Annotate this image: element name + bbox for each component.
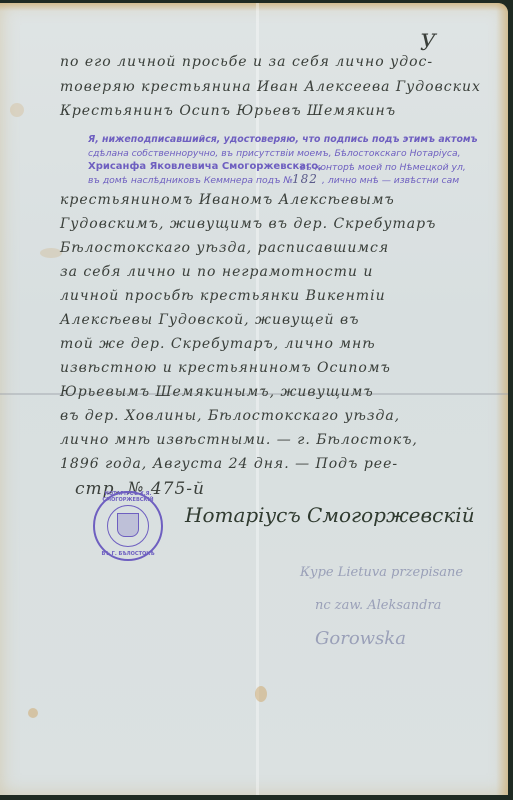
- stamp-line: сдѣлана собственноручно, въ присутствіи …: [88, 149, 461, 158]
- stain: [10, 103, 24, 117]
- pencil-note-line: Gorowska: [315, 628, 406, 649]
- notary-signature: Нотаріусъ Смогоржевскій: [185, 503, 475, 527]
- handwritten-line: товеряю крестьянина Иван Алексеева Гудов…: [60, 80, 481, 94]
- pencil-note-line: Куре Lietuva przepisane: [300, 565, 463, 580]
- handwritten-line: по его личной просьбе и за себя лично уд…: [60, 55, 433, 69]
- seal-bottom-text: ВЪ Г. БѢЛОСТОКѢ: [93, 551, 163, 557]
- stamp-line: въ домѣ наслѣдниковъ Кеммнера подъ №: [88, 176, 293, 185]
- handwritten-line: извѣстною и крестьяниномъ Осипомъ: [60, 361, 391, 375]
- handwritten-line: 1896 года, Августа 24 дня. — Подъ рее-: [60, 457, 398, 471]
- stamp-line: въ конторѣ моей по Нѣмецкой ул,: [300, 163, 466, 172]
- stain: [255, 686, 267, 702]
- seal-top-text: НОТАРІУСЪ Х.Я. СМОГОРЖЕВСКІЙ: [80, 491, 176, 503]
- handwritten-line: Крестьянинъ Осипъ Юрьевъ Шемякинъ: [60, 104, 396, 118]
- notary-name: Хрисанфа Яковлевича Смогоржевскаго,: [88, 162, 322, 172]
- document-page: У по его личной просьбе и за себя лично …: [0, 3, 508, 795]
- coat-of-arms-icon: [117, 513, 139, 537]
- house-number: 182: [292, 173, 318, 185]
- margin-mark: У: [420, 33, 437, 55]
- handwritten-line: крестьяниномъ Иваномъ Алексѣевымъ: [60, 193, 395, 207]
- stamp-line: Я, нижеподписавшийся, удостоверяю, что п…: [88, 135, 478, 144]
- handwritten-line: за себя лично и по неграмотности и: [60, 265, 373, 279]
- stain: [40, 248, 62, 258]
- handwritten-line: Алексѣевы Гудовской, живущей въ: [60, 313, 359, 327]
- handwritten-line: Юрьевымъ Шемякинымъ, живущимъ: [60, 385, 374, 399]
- handwritten-line: лично мнѣ извѣстными. — г. Бѣлостокъ,: [60, 433, 418, 447]
- handwritten-line: Гудовскимъ, живущимъ въ дер. Скребутаръ: [60, 217, 436, 231]
- stamp-line: , лично мнѣ — извѣстни сам: [322, 176, 459, 185]
- stain: [28, 708, 38, 718]
- handwritten-line: личной просьбѣ крестьянки Викентіи: [60, 289, 386, 303]
- handwritten-line: въ дер. Ховлины, Бѣлостокскаго уѣзда,: [60, 409, 400, 423]
- paper-edge-stain: [496, 3, 508, 795]
- handwritten-line: Бѣлостокскаго уѣзда, расписавшимся: [60, 241, 389, 255]
- handwritten-line: той же дер. Скребутаръ, лично мнѣ: [60, 337, 376, 351]
- pencil-note-line: nc zaw. Aleksandra: [315, 598, 441, 613]
